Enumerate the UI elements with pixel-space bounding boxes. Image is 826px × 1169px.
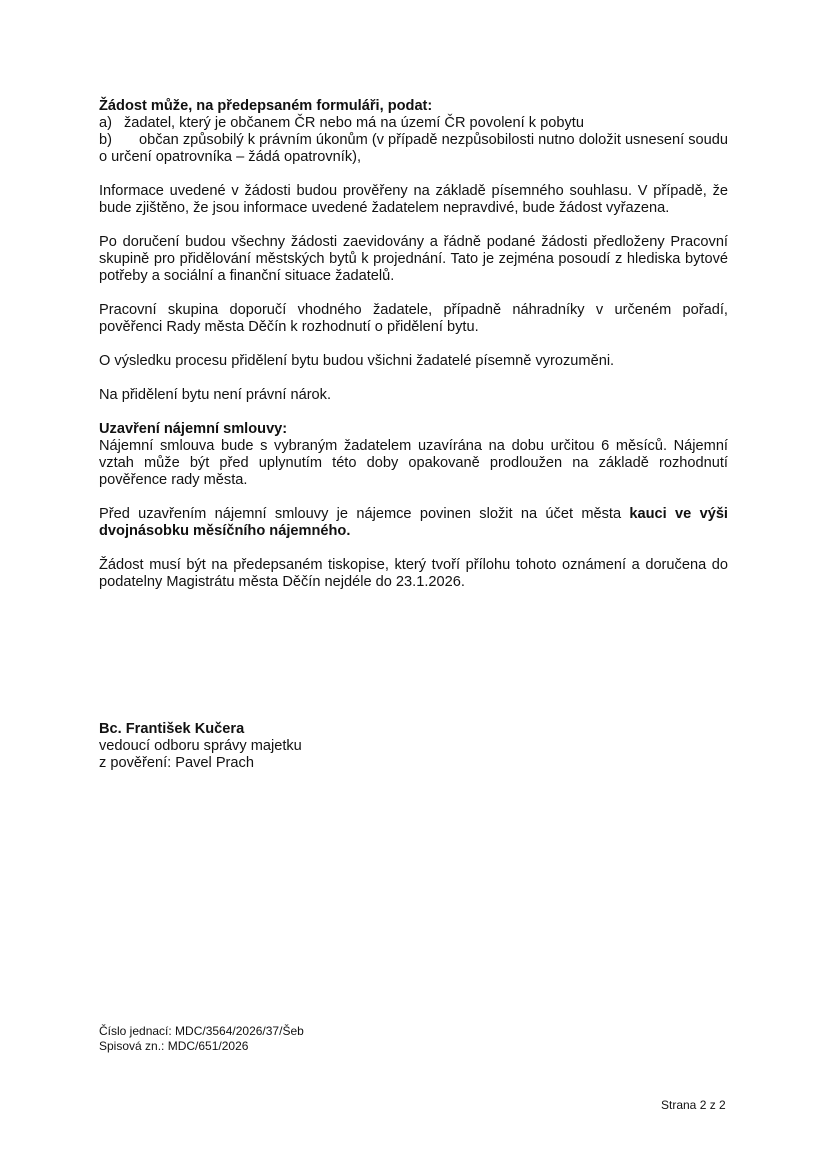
item-label: a) bbox=[99, 115, 124, 132]
lease-heading: Uzavření nájemní smlouvy: bbox=[99, 421, 728, 438]
item-label: b) bbox=[99, 132, 139, 149]
notification-paragraph: O výsledku procesu přidělení bytu budou … bbox=[99, 353, 728, 370]
lease-paragraph: Nájemní smlouva bude s vybraným žadatele… bbox=[99, 438, 728, 489]
processing-paragraph: Po doručení budou všechny žádosti zaevid… bbox=[99, 234, 728, 285]
signatory-role: vedoucí odboru správy majetku bbox=[99, 738, 302, 755]
signatory-delegation: z pověření: Pavel Prach bbox=[99, 755, 302, 772]
eligibility-item-a: a) žadatel, který je občanem ČR nebo má … bbox=[99, 115, 728, 132]
eligibility-item-b: b)občan způsobilý k právním úkonům (v př… bbox=[99, 132, 728, 166]
deposit-text: Před uzavřením nájemní smlouvy je nájemc… bbox=[99, 506, 629, 522]
item-text: občan způsobilý k právním úkonům (v příp… bbox=[99, 132, 728, 165]
reference-block: Číslo jednací: MDC/3564/2026/37/Šeb Spis… bbox=[99, 1024, 304, 1054]
deposit-paragraph: Před uzavřením nájemní smlouvy je nájemc… bbox=[99, 506, 728, 540]
signatory-name: Bc. František Kučera bbox=[99, 721, 302, 738]
item-text: žadatel, který je občanem ČR nebo má na … bbox=[124, 115, 584, 132]
recommendation-paragraph: Pracovní skupina doporučí vhodného žadat… bbox=[99, 302, 728, 336]
page-number: Strana 2 z 2 bbox=[661, 1098, 726, 1113]
eligibility-heading: Žádost může, na předepsaném formuláři, p… bbox=[99, 98, 728, 115]
submission-paragraph: Žádost musí být na předepsaném tiskopise… bbox=[99, 557, 728, 591]
file-number: Spisová zn.: MDC/651/2026 bbox=[99, 1039, 304, 1054]
document-body: Žádost může, na předepsaném formuláři, p… bbox=[99, 98, 728, 591]
signature-block: Bc. František Kučera vedoucí odboru sprá… bbox=[99, 721, 302, 772]
no-claim-paragraph: Na přidělení bytu není právní nárok. bbox=[99, 387, 728, 404]
verification-paragraph: Informace uvedené v žádosti budou prověř… bbox=[99, 183, 728, 217]
case-number: Číslo jednací: MDC/3564/2026/37/Šeb bbox=[99, 1024, 304, 1039]
